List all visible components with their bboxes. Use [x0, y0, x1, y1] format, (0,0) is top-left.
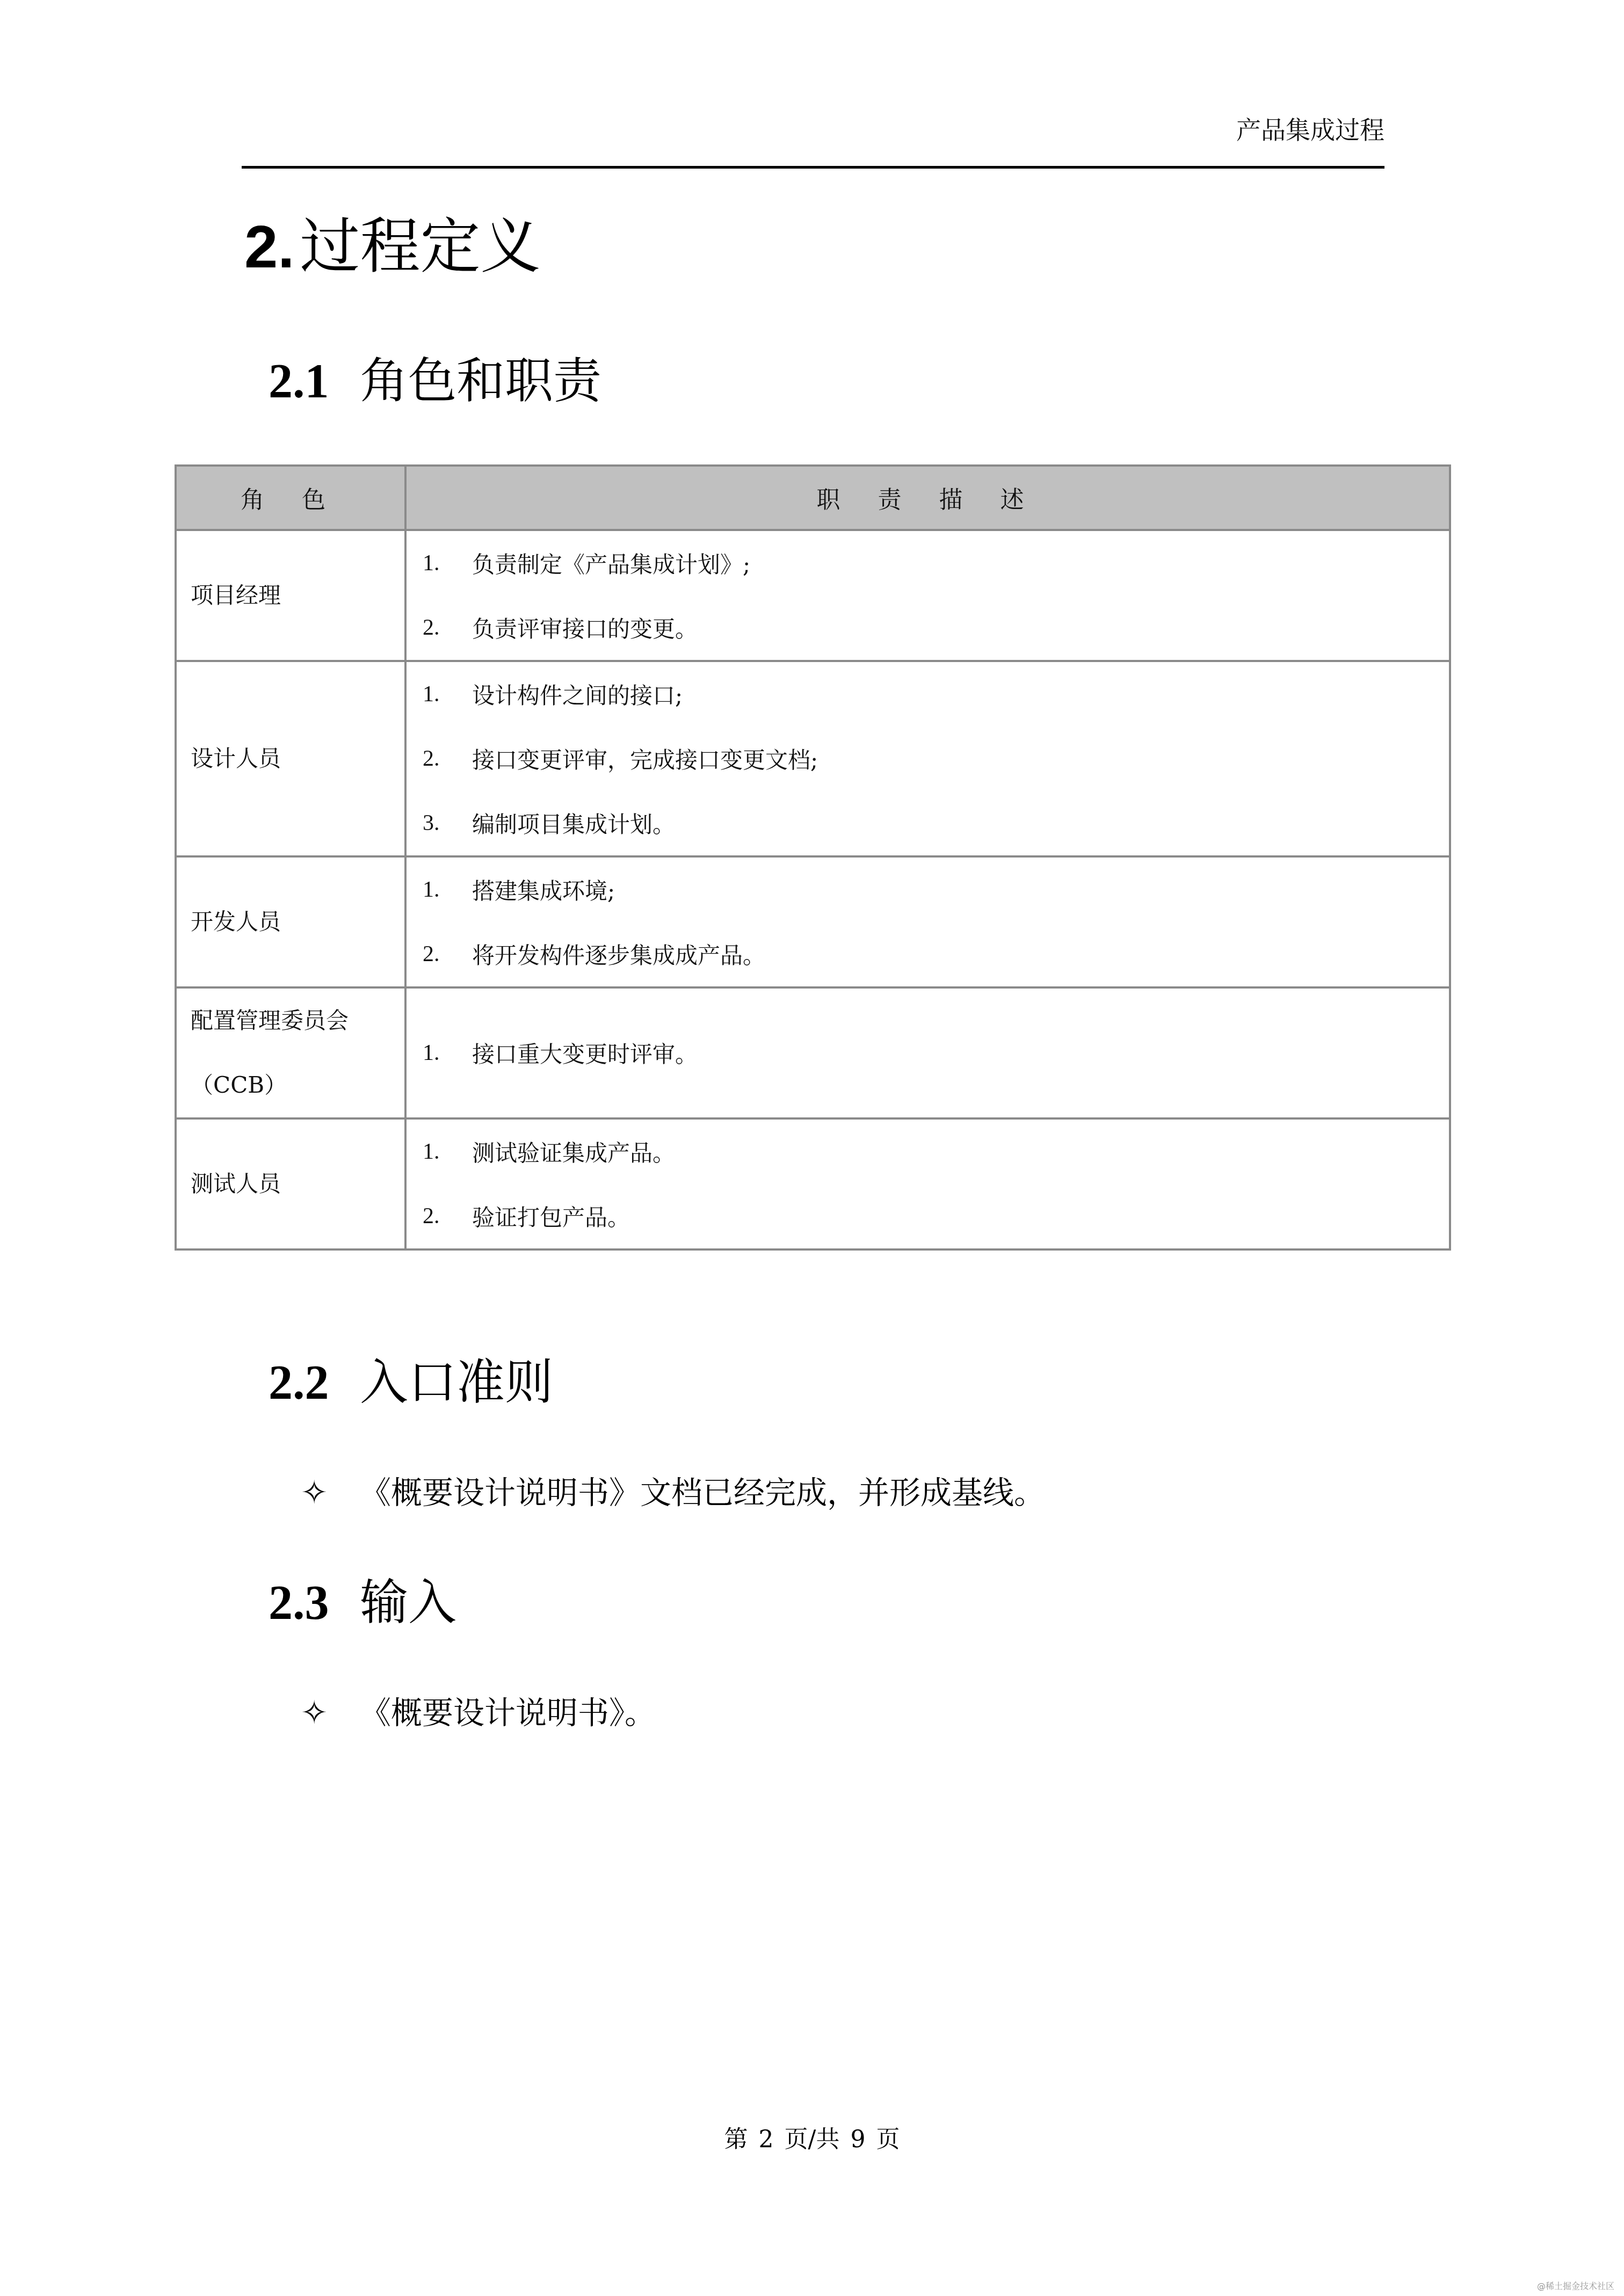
duties-cell: 1. 测试验证集成产品。 2. 验证打包产品。	[405, 1118, 1450, 1249]
entry-criteria-item: ✧ 《概要设计说明书》文档已经完成，并形成基线。	[301, 1471, 1045, 1514]
current-page-number: 2	[759, 2126, 774, 2153]
role-name: 设计人员	[191, 745, 281, 772]
table-row: 配置管理委员会 （CCB） 1. 接口重大变更时评审。	[176, 987, 1450, 1118]
role-cell: 项目经理	[176, 530, 405, 661]
subsection-number: 2.2	[269, 1354, 354, 1413]
duty-item: 1. 接口重大变更时评审。	[423, 1021, 1449, 1085]
duty-text: 负责评审接口的变更。	[472, 612, 698, 644]
subsection-number: 2.1	[269, 352, 354, 411]
duty-index: 1.	[423, 877, 472, 903]
duties-cell: 1. 设计构件之间的接口; 2. 接口变更评审，完成接口变更文档; 3. 编制项…	[405, 661, 1450, 856]
subsection-title: 输入	[360, 1574, 456, 1631]
page-footer: 第2页/共9页	[0, 2124, 1624, 2156]
duty-text: 将开发构件逐步集成成产品。	[472, 938, 765, 970]
input-text: 《概要设计说明书》。	[360, 1691, 656, 1734]
duty-text: 接口变更评审，完成接口变更文档;	[472, 743, 818, 775]
role-abbreviation: （CCB）	[191, 1053, 404, 1117]
duty-index: 2.	[423, 746, 472, 772]
duty-index: 2.	[423, 1203, 472, 1229]
four-point-star-icon: ✧	[301, 1471, 360, 1514]
table-row: 项目经理 1. 负责制定《产品集成计划》; 2. 负责评审接口的变更。	[176, 530, 1450, 661]
role-name: 测试人员	[191, 1171, 281, 1197]
duty-item: 2. 接口变更评审，完成接口变更文档;	[423, 726, 1449, 791]
watermark: @稀土掘金技术社区	[1537, 2279, 1614, 2292]
duty-item: 2. 将开发构件逐步集成成产品。	[423, 922, 1449, 986]
section-title: 过程定义	[300, 212, 540, 282]
subsection-title: 角色和职责	[360, 353, 601, 409]
duty-index: 3.	[423, 810, 472, 836]
subsection-heading-inputs: 2.3输入	[269, 1573, 456, 1633]
duty-text: 编制项目集成计划。	[472, 807, 675, 839]
total-page-count: 9	[850, 2126, 865, 2153]
section-number: 2.	[244, 213, 294, 280]
footer-suffix: 页	[876, 2126, 900, 2153]
roles-table: 角 色 职 责 描 述 项目经理 1. 负责制定《产品集成计划》; 2. 负责评…	[175, 464, 1451, 1251]
duties-cell: 1. 负责制定《产品集成计划》; 2. 负责评审接口的变更。	[405, 530, 1450, 661]
subsection-heading-entry-criteria: 2.2入口准则	[269, 1353, 553, 1413]
duty-text: 搭建集成环境;	[472, 874, 615, 906]
table-row: 开发人员 1. 搭建集成环境; 2. 将开发构件逐步集成成产品。	[176, 856, 1450, 987]
role-cell: 测试人员	[176, 1118, 405, 1249]
column-header-duties: 职 责 描 述	[405, 466, 1450, 530]
duty-index: 1.	[423, 681, 472, 707]
duty-index: 1.	[423, 1040, 472, 1066]
duty-index: 1.	[423, 1139, 472, 1165]
table-header-row: 角 色 职 责 描 述	[176, 466, 1450, 530]
four-point-star-icon: ✧	[301, 1691, 360, 1734]
duty-text: 设计构件之间的接口;	[472, 678, 683, 710]
footer-middle: 页/共	[785, 2126, 840, 2153]
duty-item: 2. 负责评审接口的变更。	[423, 595, 1449, 660]
subsection-title: 入口准则	[360, 1354, 553, 1411]
role-name: 开发人员	[191, 909, 281, 935]
duty-item: 1. 搭建集成环境;	[423, 858, 1449, 922]
duty-text: 验证打包产品。	[472, 1200, 630, 1232]
duties-cell: 1. 搭建集成环境; 2. 将开发构件逐步集成成产品。	[405, 856, 1450, 987]
table-row: 测试人员 1. 测试验证集成产品。 2. 验证打包产品。	[176, 1118, 1450, 1249]
duty-item: 1. 负责制定《产品集成计划》;	[423, 531, 1449, 595]
subsection-number: 2.3	[269, 1574, 354, 1633]
duty-index: 1.	[423, 550, 472, 576]
duty-index: 2.	[423, 941, 472, 967]
entry-criteria-text: 《概要设计说明书》文档已经完成，并形成基线。	[360, 1471, 1045, 1514]
role-cell: 开发人员	[176, 856, 405, 987]
duty-item: 1. 设计构件之间的接口;	[423, 662, 1449, 726]
duty-item: 3. 编制项目集成计划。	[423, 791, 1449, 855]
duty-text: 测试验证集成产品。	[472, 1136, 675, 1168]
duty-item: 2. 验证打包产品。	[423, 1184, 1449, 1248]
role-name: 项目经理	[191, 582, 281, 608]
column-header-role: 角 色	[176, 466, 405, 530]
running-header: 产品集成过程	[242, 114, 1384, 146]
duty-text: 负责制定《产品集成计划》;	[472, 547, 750, 579]
duty-index: 2.	[423, 615, 472, 641]
role-cell: 设计人员	[176, 661, 405, 856]
input-item: ✧ 《概要设计说明书》。	[301, 1691, 656, 1734]
duty-item: 1. 测试验证集成产品。	[423, 1120, 1449, 1184]
role-name: 配置管理委员会	[191, 989, 404, 1053]
subsection-heading-roles: 2.1角色和职责	[269, 352, 601, 411]
duty-text: 接口重大变更时评审。	[472, 1037, 698, 1069]
footer-prefix: 第	[724, 2126, 748, 2153]
header-divider	[242, 166, 1384, 169]
table-row: 设计人员 1. 设计构件之间的接口; 2. 接口变更评审，完成接口变更文档; 3…	[176, 661, 1450, 856]
section-heading: 2.过程定义	[244, 212, 540, 282]
role-cell: 配置管理委员会 （CCB）	[176, 987, 405, 1118]
duties-cell: 1. 接口重大变更时评审。	[405, 987, 1450, 1118]
